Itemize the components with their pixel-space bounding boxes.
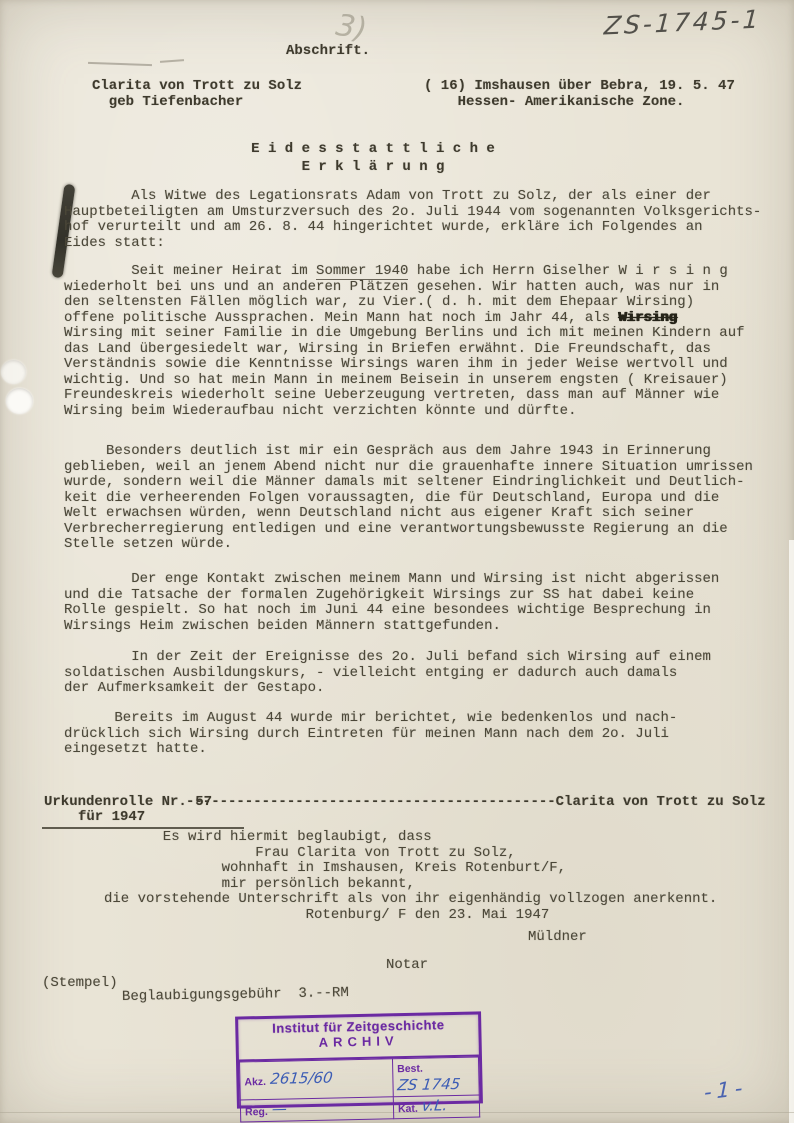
stamp-label: Akz. <box>244 1076 266 1088</box>
stamp-cell-reg: Reg.— <box>240 1097 393 1122</box>
overstruck-word: Wirsing <box>619 310 678 326</box>
punch-hole <box>1 360 26 384</box>
stamp-cell-kat: Kat.v.L. <box>393 1095 479 1119</box>
handwritten-archive-reference: ZS-1745-1 <box>603 5 762 41</box>
place-date-block: ( 16) Imshausen über Bebra, 19. 5. 47 He… <box>424 79 735 110</box>
paragraph-1: Als Witwe des Legationsrats Adam von Tro… <box>64 189 761 251</box>
archive-stamp: Institut für Zeitgeschichte ARCHIV Akz.2… <box>235 1011 483 1108</box>
deed-roll-year: für 1947 <box>42 810 244 829</box>
faint-handwritten-mark: 3) <box>333 8 369 47</box>
fee-line: Beglaubigungsgebühr 3.--RM <box>122 986 349 1005</box>
pencil-scribble <box>160 59 184 63</box>
stempel-note: (Stempel) <box>42 976 118 992</box>
paragraph-2-text: Seit meiner Heirat im <box>64 263 316 279</box>
stamp-cell-best: Best.ZS 1745 <box>392 1057 479 1097</box>
paragraph-5: In der Zeit der Ereignisse des 2o. Juli … <box>64 650 711 697</box>
notary-signature-name: Müldner <box>528 930 587 946</box>
stamp-handwritten-value: 2615/60 <box>269 1069 333 1088</box>
paragraph-6: Bereits im August 44 wurde mir berichtet… <box>64 711 677 758</box>
copy-label: Abschrift. <box>286 44 370 60</box>
pencil-scribble <box>88 62 152 66</box>
punch-hole <box>6 388 33 414</box>
paragraph-2: Seit meiner Heirat im Sommer 1940 habe i… <box>64 264 745 419</box>
handwritten-page-number: -1- <box>704 1075 748 1105</box>
stamp-cell-akz: Akz.2615/60 <box>240 1059 394 1100</box>
underlined-date: Sommer 1940 <box>316 263 408 280</box>
notary-title: Notar <box>386 958 428 974</box>
author-name-block: Clarita von Trott zu Solz geb Tiefenbach… <box>92 79 302 110</box>
document-title: E i d e s s t a t t l i c h e E r k l ä … <box>40 141 706 176</box>
paragraph-3: Besonders deutlich ist mir ein Gespräch … <box>64 444 753 553</box>
paragraph-4: Der enge Kontakt zwischen meinem Mann un… <box>64 572 719 634</box>
stamp-handwritten-value: v.L. <box>421 1096 449 1115</box>
archive-stamp-header: Institut für Zeitgeschichte ARCHIV <box>238 1014 479 1061</box>
stamp-label: Kat. <box>398 1103 418 1115</box>
scanned-affidavit-page: { "document": { "handwritten_ref_top": "… <box>0 0 794 1123</box>
typed-signature-row: ----------------------------------------… <box>186 795 766 811</box>
certification-block: Es wird hiermit beglaubigt, dass Frau Cl… <box>104 830 717 923</box>
paragraph-2-text: Wirsing mit seiner Familie in die Umgebu… <box>64 325 745 419</box>
stamp-label: Best. <box>397 1063 423 1076</box>
stamp-handwritten-value: ZS 1745 <box>396 1075 461 1094</box>
stamp-handwritten-value: — <box>271 1099 288 1117</box>
stamp-label: Reg. <box>245 1106 268 1118</box>
stamp-fields-table: Akz.2615/60 Best.ZS 1745 Reg.— Kat.v.L. <box>239 1056 480 1122</box>
scan-edge-artifact <box>789 540 794 1123</box>
